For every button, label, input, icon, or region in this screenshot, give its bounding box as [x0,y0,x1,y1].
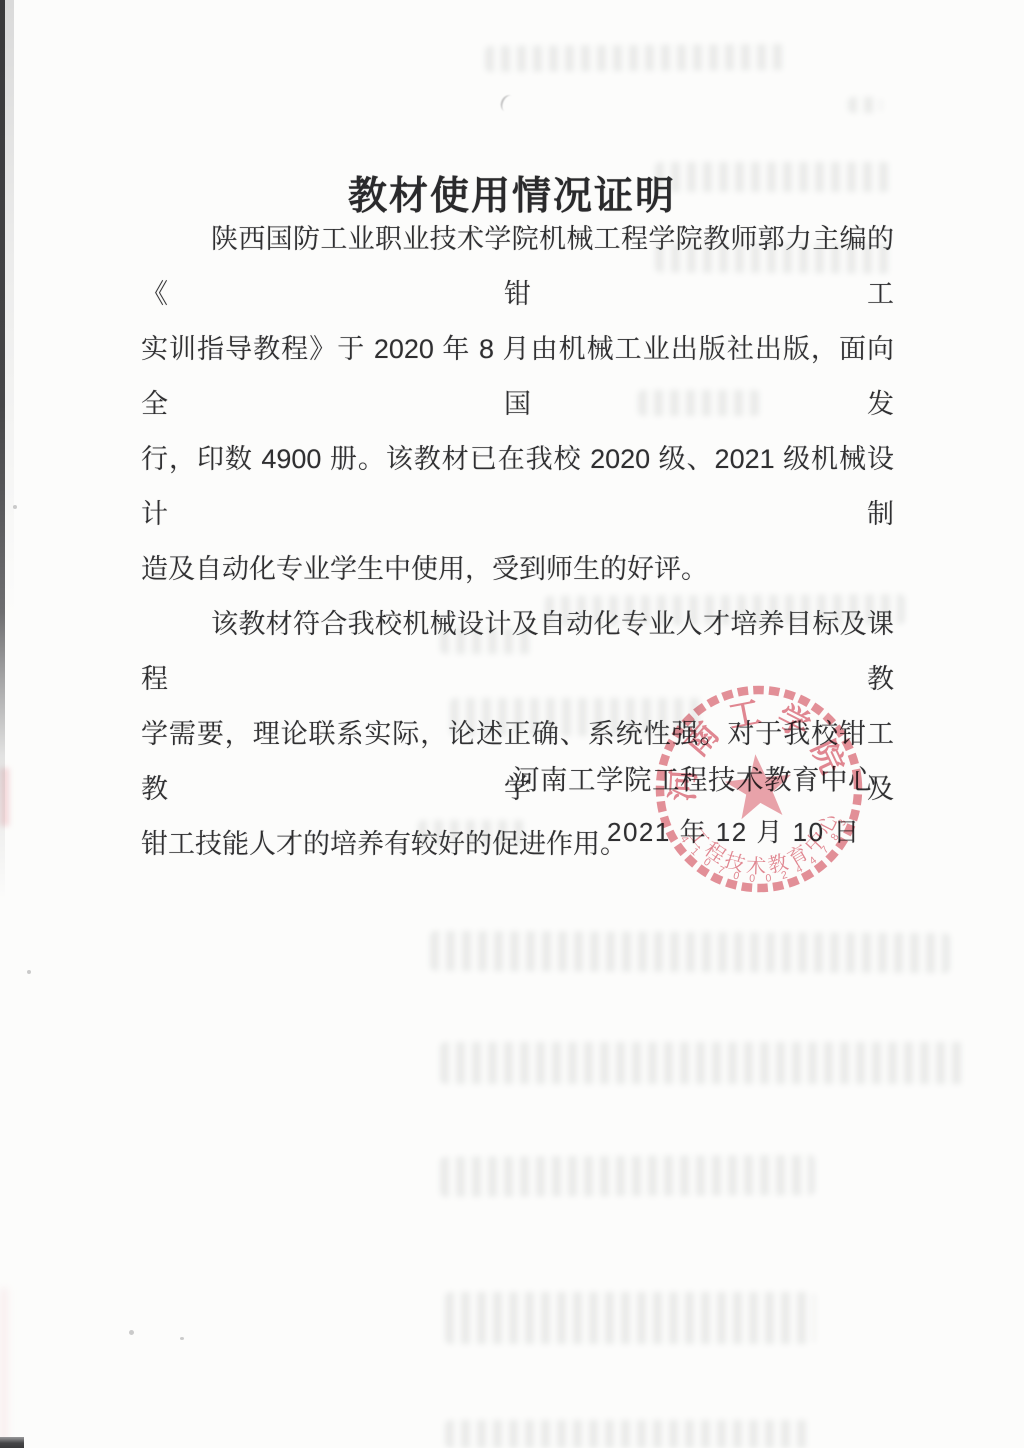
bleedthrough-artifact [440,1155,815,1197]
official-seal-stamp: 河南工学院工程技术教育中心4107000244783 [648,678,870,900]
body-text-line: 行，印数 4900 册。该教材已在我校 2020 级、2021 级机械设计制 [141,432,894,542]
seal-ring-char: 工 [725,694,763,735]
bleedthrough-artifact [445,1420,810,1448]
scan-corner-artifact [0,1437,24,1448]
bleedthrough-artifact [655,162,890,192]
bleedthrough-artifact [485,44,785,72]
bleedthrough-artifact [545,594,905,626]
scan-smudge-artifact [0,1288,8,1443]
bleedthrough-artifact [638,390,760,416]
body-text-line: 造及自动化专业学生中使用，受到师生的好评。 [141,542,894,597]
scan-edge-artifact [5,0,14,620]
bleedthrough-artifact [655,242,890,273]
bleedthrough-artifact [418,820,530,846]
bleedthrough-artifact [430,931,950,973]
body-text-line: 实训指导教程》于 2020 年 8 月由机械工业出版社出版，面向全国发 [141,322,894,432]
scan-speck [27,970,31,974]
bleedthrough-artifact [445,1292,815,1344]
scanned-certificate-page: 教材使用情况证明 陕西国防工业职业技术学院机械工程学院教师郭力主编的《钳工实训指… [0,0,1024,1448]
scan-speck [129,1330,134,1335]
seal-ring-char: 院 [805,735,851,779]
bleedthrough-artifact [440,628,532,654]
scan-speck [180,1337,184,1340]
seal-ring-char: 河 [664,768,702,802]
star-icon [722,751,795,821]
seal-serial-char: 0 [749,873,756,885]
seal-ring-char: 学 [771,698,816,745]
bleedthrough-artifact [440,1042,965,1084]
bleedthrough-artifact [848,97,882,113]
scan-speck [498,93,518,114]
